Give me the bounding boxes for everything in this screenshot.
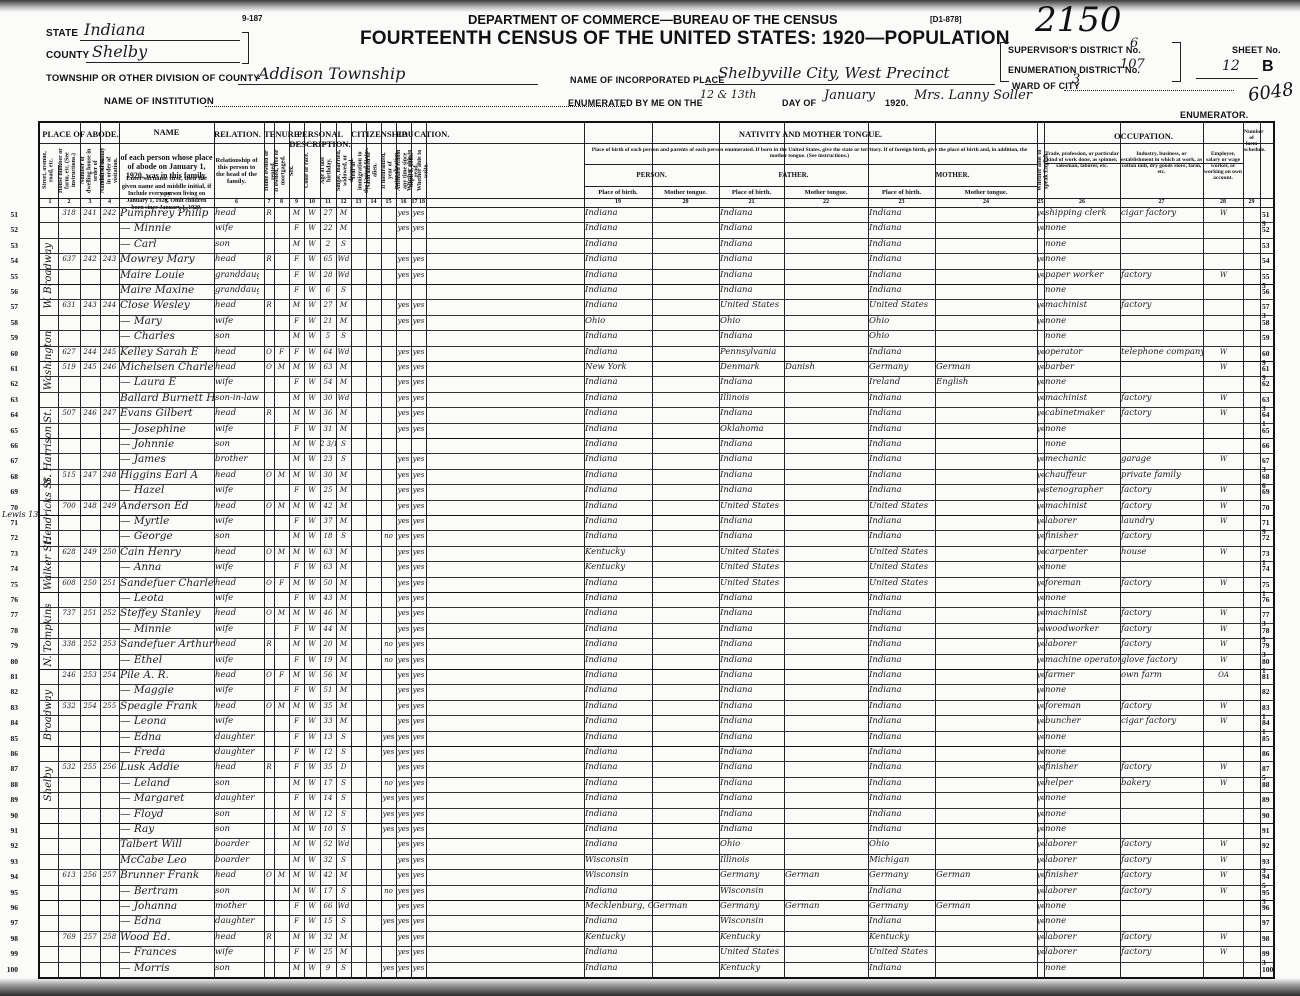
cell-age: 2 3/12 [320,437,336,452]
row-line-number: 60 [4,349,18,358]
cell-sex: M [289,837,304,852]
cell-write: yes [411,699,426,714]
department-title: DEPARTMENT OF COMMERCE—BUREAU OF THE CEN… [468,12,838,27]
cell-race: W [304,945,320,960]
cell-name: Talbert Will [120,837,214,852]
cell-write: yes [411,853,426,868]
cell-race: W [304,560,320,575]
cell-trade: laborer [1045,930,1120,945]
column-number: 14 [366,199,381,205]
cell-trade: barber [1045,360,1120,375]
column-number: 28 [1203,199,1243,205]
cell-marital: S [336,776,351,791]
cell-birth: Indiana [585,375,652,390]
cell-name: — Bertram [120,884,214,899]
cell-class: W [1204,930,1243,945]
cell-marital: M [336,606,351,621]
cell-home: O [264,468,274,483]
cell-marital: Wd [336,268,351,283]
column-number: 3 [80,199,100,205]
cell-marital: M [336,298,351,313]
cell-eng: yes [1037,514,1044,529]
cell-trade: none [1045,560,1120,575]
cell-eng: yes [1037,945,1044,960]
cell-age: 2 [320,237,336,252]
cell-sex: M [289,298,304,313]
row-line-number: 53 [4,241,18,250]
cell-house: 519 [58,360,80,375]
cell-race: W [304,437,320,452]
cell-sex: M [289,529,304,544]
cell-sex: M [289,606,304,621]
row-line-number-right: 92 [1262,841,1270,850]
cell-read: yes [396,298,411,313]
cell-name: — Mary [120,314,214,329]
cell-eng: yes [1037,730,1044,745]
cell-industry: factory [1121,884,1203,899]
cell-sex: F [289,622,304,637]
cell-eng: yes [1037,268,1044,283]
cell-name: — Minnie [120,221,214,236]
street-note: N. Tompkins [43,609,57,667]
cell-age: 17 [320,884,336,899]
cell-class: W [1204,514,1243,529]
cell-relation: daughter [215,791,259,806]
cell-name: — George [120,529,214,544]
cell-read: yes [396,483,411,498]
mother-tongue-header: Mother tongue. [652,189,719,196]
cell-relation: head [215,499,259,514]
cell-eng: yes [1037,545,1044,560]
cell-trade: none [1045,822,1120,837]
cell-trade: farmer [1045,668,1120,683]
cell-eng: yes [1037,422,1044,437]
cell-mbirth: United States [869,576,935,591]
row-line-number: 100 [4,965,18,974]
cell-fbirth: Indiana [720,653,784,668]
cell-age: 35 [320,760,336,775]
cell-trade: laborer [1045,853,1120,868]
cell-read: yes [396,945,411,960]
row-line-number-right: 82 [1262,687,1270,696]
cell-age: 22 [320,221,336,236]
cell-name: Kelley Sarah E [120,345,214,360]
cell-race: W [304,776,320,791]
cell-age: 25 [320,945,336,960]
cell-race: W [304,930,320,945]
cell-industry: factory [1121,483,1203,498]
cell-marital: M [336,699,351,714]
row-line-number: 83 [4,703,18,712]
cell-mbirth: Indiana [869,406,935,421]
row-line-number: 78 [4,626,18,635]
cell-family: 247 [100,406,119,421]
vertical-header: Whether able to read. [407,147,417,194]
cell-trade: finisher [1045,760,1120,775]
cell-write: yes [411,422,426,437]
cell-sex: F [289,422,304,437]
cell-name: — Maggie [120,683,214,698]
cell-family: 254 [100,668,119,683]
cell-sex: F [289,945,304,960]
cell-industry: factory [1121,853,1203,868]
cell-sex: M [289,868,304,883]
cell-fbirth: Indiana [720,668,784,683]
cell-mort: M [274,606,289,621]
cell-fbirth: Indiana [720,606,784,621]
cell-mbirth: Michigan [869,853,935,868]
cell-relation: daughter [215,914,259,929]
cell-mbirth: Indiana [869,206,935,221]
cell-mbirth: Indiana [869,622,935,637]
cell-dwelling: 254 [80,699,100,714]
cell-read: yes [396,868,411,883]
cell-name: Evans Gilbert [120,406,214,421]
cell-marital: S [336,529,351,544]
row-line-number: 63 [4,395,18,404]
cell-relation: head [215,637,259,652]
cell-age: 63 [320,360,336,375]
cell-trade: machinist [1045,298,1120,313]
cell-sex: M [289,637,304,652]
cell-birth: Indiana [585,961,652,976]
cell-race: W [304,206,320,221]
cell-race: W [304,622,320,637]
cell-age: 52 [320,837,336,852]
cell-marital: M [336,514,351,529]
cell-read: yes [396,776,411,791]
cell-marital: M [336,360,351,375]
cell-write: yes [411,576,426,591]
row-line-number: 71 [4,518,18,527]
cell-birth: Mecklenburg, Germany [585,899,652,914]
cell-birth: Indiana [585,283,652,298]
cell-trade: foreman [1045,576,1120,591]
cell-mbirth: United States [869,560,935,575]
cell-sex: M [289,237,304,252]
cell-marital: M [336,314,351,329]
cell-read: yes [396,930,411,945]
cell-race: W [304,714,320,729]
cell-birth: Indiana [585,406,652,421]
cell-race: W [304,961,320,976]
cell-age: 19 [320,653,336,668]
cell-fbirth: Indiana [720,683,784,698]
cell-mbirth: Indiana [869,391,935,406]
cell-home: R [264,930,274,945]
cell-name: — Charles [120,329,214,344]
row-line-number-right: 96 [1262,903,1270,912]
cell-trade: foreman [1045,699,1120,714]
header-subrule [584,164,1037,165]
group-header-personal: PERSONAL DESCRIPTION. [289,129,351,149]
cell-class: W [1204,884,1243,899]
row-line-number: 74 [4,564,18,573]
group-header-name: NAME [119,127,214,137]
cell-mbirth: Germany [869,360,935,375]
cell-race: W [304,406,320,421]
cell-mbirth: Indiana [869,914,935,929]
cell-name: Maire Maxine [120,283,214,298]
township-value: Addison Township [258,64,405,83]
census-sheet: STATE Indiana COUNTY Shelby 9-187 DEPART… [0,0,1300,996]
cell-name: — James [120,452,214,467]
cell-fbirth: Indiana [720,406,784,421]
cell-birth: Indiana [585,437,652,452]
cell-sex: F [289,653,304,668]
header-subrule [584,186,1037,187]
row-line-number: 72 [4,533,18,542]
row-line-number: 97 [4,918,18,927]
cell-relation: head [215,252,259,267]
group-header-occupation: OCCUPATION. [1044,131,1243,141]
cell-trade: none [1045,221,1120,236]
row-line-number: 65 [4,426,18,435]
cell-name: — Hazel [120,483,214,498]
cell-sex: F [289,345,304,360]
cell-mbirth: Indiana [869,529,935,544]
cell-mort: M [274,868,289,883]
cell-industry: private family [1121,468,1203,483]
cell-relation: son [215,807,259,822]
cell-trade: none [1045,375,1120,390]
cell-fbirth: Indiana [720,468,784,483]
row-line-number-right: 66 [1262,441,1270,450]
cell-dwelling: 255 [80,760,100,775]
cell-relation: son [215,822,259,837]
cell-write: yes [411,406,426,421]
row-line-number: 95 [4,888,18,897]
cell-birth: Indiana [585,206,652,221]
cell-age: 54 [320,375,336,390]
cell-mbirth: Indiana [869,468,935,483]
column-number: 7 [264,199,274,205]
column-number: 8 [274,199,289,205]
cell-birth: Indiana [585,914,652,929]
cell-class: W [1204,452,1243,467]
cell-trade: machinist [1045,606,1120,621]
cell-birth: Indiana [585,791,652,806]
row-line-number-right: 97 [1262,918,1270,927]
cell-industry: factory [1121,945,1203,960]
cell-industry: bakery [1121,776,1203,791]
cell-fbirth: Indiana [720,514,784,529]
cell-mbirth: Indiana [869,221,935,236]
cell-family: 248 [100,468,119,483]
cell-trade: cabinetmaker [1045,406,1120,421]
cell-mbirth: Ohio [869,314,935,329]
cell-birth: Indiana [585,822,652,837]
column-number: 24 [935,199,1037,205]
cell-sex: M [289,468,304,483]
cell-sex: F [289,683,304,698]
cell-marital: S [336,730,351,745]
cell-read: yes [396,345,411,360]
cell-fbirth: Indiana [720,591,784,606]
cell-write: yes [411,468,426,483]
row-line-number: 70 [4,503,18,512]
cell-birth: Indiana [585,745,652,760]
row-line-number: 90 [4,811,18,820]
cell-race: W [304,853,320,868]
cell-age: 63 [320,545,336,560]
cell-class: W [1204,637,1243,652]
cell-trade: buncher [1045,714,1120,729]
cell-write: yes [411,452,426,467]
cell-mtongue: German [936,360,1037,375]
cell-trade: none [1045,283,1120,298]
cell-home: O [264,868,274,883]
cell-name: Michelsen Charles A [120,360,214,375]
cell-birth: Indiana [585,221,652,236]
cell-race: W [304,868,320,883]
cell-house: 608 [58,576,80,591]
cell-eng: yes [1037,807,1044,822]
cell-birth: Indiana [585,776,652,791]
cell-house: 637 [58,252,80,267]
cell-write: yes [411,807,426,822]
cell-home: O [264,360,274,375]
row-line-number-right: 81 [1262,672,1270,681]
cell-read: yes [396,391,411,406]
cell-marital: S [336,329,351,344]
cell-birth: Indiana [585,268,652,283]
cell-mbirth: Indiana [869,884,935,899]
cell-mbirth: Indiana [869,591,935,606]
cell-marital: S [336,914,351,929]
cell-fbirth: Indiana [720,437,784,452]
cell-relation: boarder [215,837,259,852]
cell-age: 51 [320,683,336,698]
cell-dwelling: 244 [80,345,100,360]
cell-race: W [304,252,320,267]
cell-mbirth: Ohio [869,837,935,852]
cell-mbirth: Ohio [869,329,935,344]
cell-eng: yes [1037,622,1044,637]
cell-fbirth: Indiana [720,329,784,344]
cell-relation: son [215,884,259,899]
table-row[interactable]: 100— MorrissonMW9SyesyesyesIndianaKentuc… [40,962,1273,978]
row-line-number: 87 [4,764,18,773]
cell-name: — Minnie [120,622,214,637]
cell-birth: Wisconsin [585,853,652,868]
cell-marital: Wd [336,252,351,267]
cell-age: 42 [320,499,336,514]
row-line-number: 94 [4,872,18,881]
cell-eng: yes [1037,853,1044,868]
cell-eng: yes [1037,791,1044,806]
cell-mort: M [274,468,289,483]
cell-race: W [304,268,320,283]
cell-name: Sandefuer Arthur [120,637,214,652]
cell-sex: M [289,853,304,868]
cell-birth: Indiana [585,298,652,313]
cell-sex: M [289,930,304,945]
cell-family: 242 [100,206,119,221]
vertical-header: Attended school any time since Sept. 1, … [396,147,407,194]
cell-fbirth: Indiana [720,268,784,283]
cell-write: yes [411,606,426,621]
cell-sex: F [289,560,304,575]
cell-class: W [1204,945,1243,960]
cell-eng: yes [1037,452,1044,467]
cell-read: yes [396,884,411,899]
cell-class: W [1204,360,1243,375]
cell-name: Maire Louie [120,268,214,283]
cell-race: W [304,545,320,560]
cell-fbirth: Wisconsin [720,884,784,899]
enumerator-label: ENUMERATOR. [1180,110,1248,120]
cell-write: yes [411,221,426,236]
cell-sex: F [289,914,304,929]
cell-race: W [304,760,320,775]
cell-mbirth: Kentucky [869,930,935,945]
cell-age: 5 [320,329,336,344]
column-number: 21 [719,199,784,205]
cell-house: 737 [58,606,80,621]
cell-write: yes [411,683,426,698]
cell-class: W [1204,868,1243,883]
group-header-citizenship: CITIZENSHIP. [351,129,396,139]
cell-race: W [304,514,320,529]
cell-race: W [304,221,320,236]
row-line-number-right: 86 [1262,749,1270,758]
cell-mbirth: Indiana [869,745,935,760]
cell-mbirth: Germany [869,899,935,914]
cell-relation: son [215,776,259,791]
cell-read: yes [396,499,411,514]
cell-age: 31 [320,422,336,437]
cell-marital: M [336,653,351,668]
cell-read: yes [396,529,411,544]
cell-fbirth: United States [720,545,784,560]
column-number: 20 [652,199,719,205]
cell-dwelling: 250 [80,576,100,591]
cell-mbirth: Indiana [869,807,935,822]
row-line-number-right: 76 [1262,595,1270,604]
cell-sex: F [289,252,304,267]
enumerator-name: Mrs. Lanny Soller [914,88,1032,103]
cell-write: yes [411,499,426,514]
cell-dwelling: 243 [80,298,100,313]
cell-fbirth: Indiana [720,252,784,267]
county-label: COUNTY [46,50,89,61]
vertical-header: Single, married, widowed, or divorced. [336,147,351,194]
row-line-number: 75 [4,580,18,589]
cell-mbirth: United States [869,945,935,960]
cell-industry: factory [1121,930,1203,945]
cell-industry: factory [1121,606,1203,621]
cell-eng: yes [1037,884,1044,899]
cell-relation: head [215,760,259,775]
cell-sex: F [289,375,304,390]
cell-write: yes [411,345,426,360]
cell-read: yes [396,914,411,929]
row-line-number: 61 [4,364,18,373]
cell-name: — Johnnie [120,437,214,452]
place-of-birth-header: Place of birth. [868,189,935,196]
occupation-header-occ_trade: Trade, profession, or particular kind of… [1045,151,1119,169]
cell-birth: Indiana [585,884,652,899]
cell-write: yes [411,914,426,929]
cell-race: W [304,791,320,806]
cell-dwelling: 241 [80,206,100,221]
group-header-father: FATHER. [719,171,868,179]
cell-relation: wife [215,221,259,236]
column-number: 15 [381,199,396,205]
cell-marital: M [336,668,351,683]
cell-race: W [304,452,320,467]
